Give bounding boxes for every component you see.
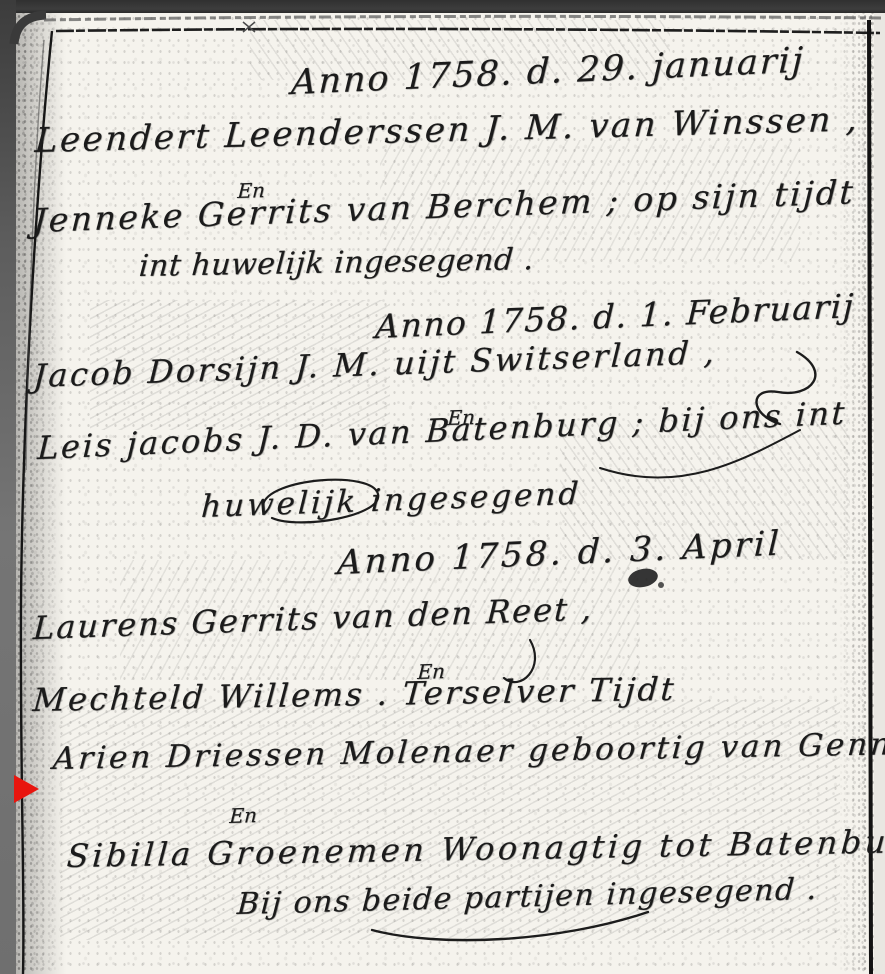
scanned-register-page: Anno 1758. d. 29. januarij Leendert Leen… [0, 0, 885, 974]
entry3-second-conjunction: En [229, 805, 258, 826]
scan-left-border [0, 0, 16, 974]
scan-top-border [0, 0, 885, 13]
entry1-closing-line: int huwelijk ingesegend . [138, 245, 535, 282]
